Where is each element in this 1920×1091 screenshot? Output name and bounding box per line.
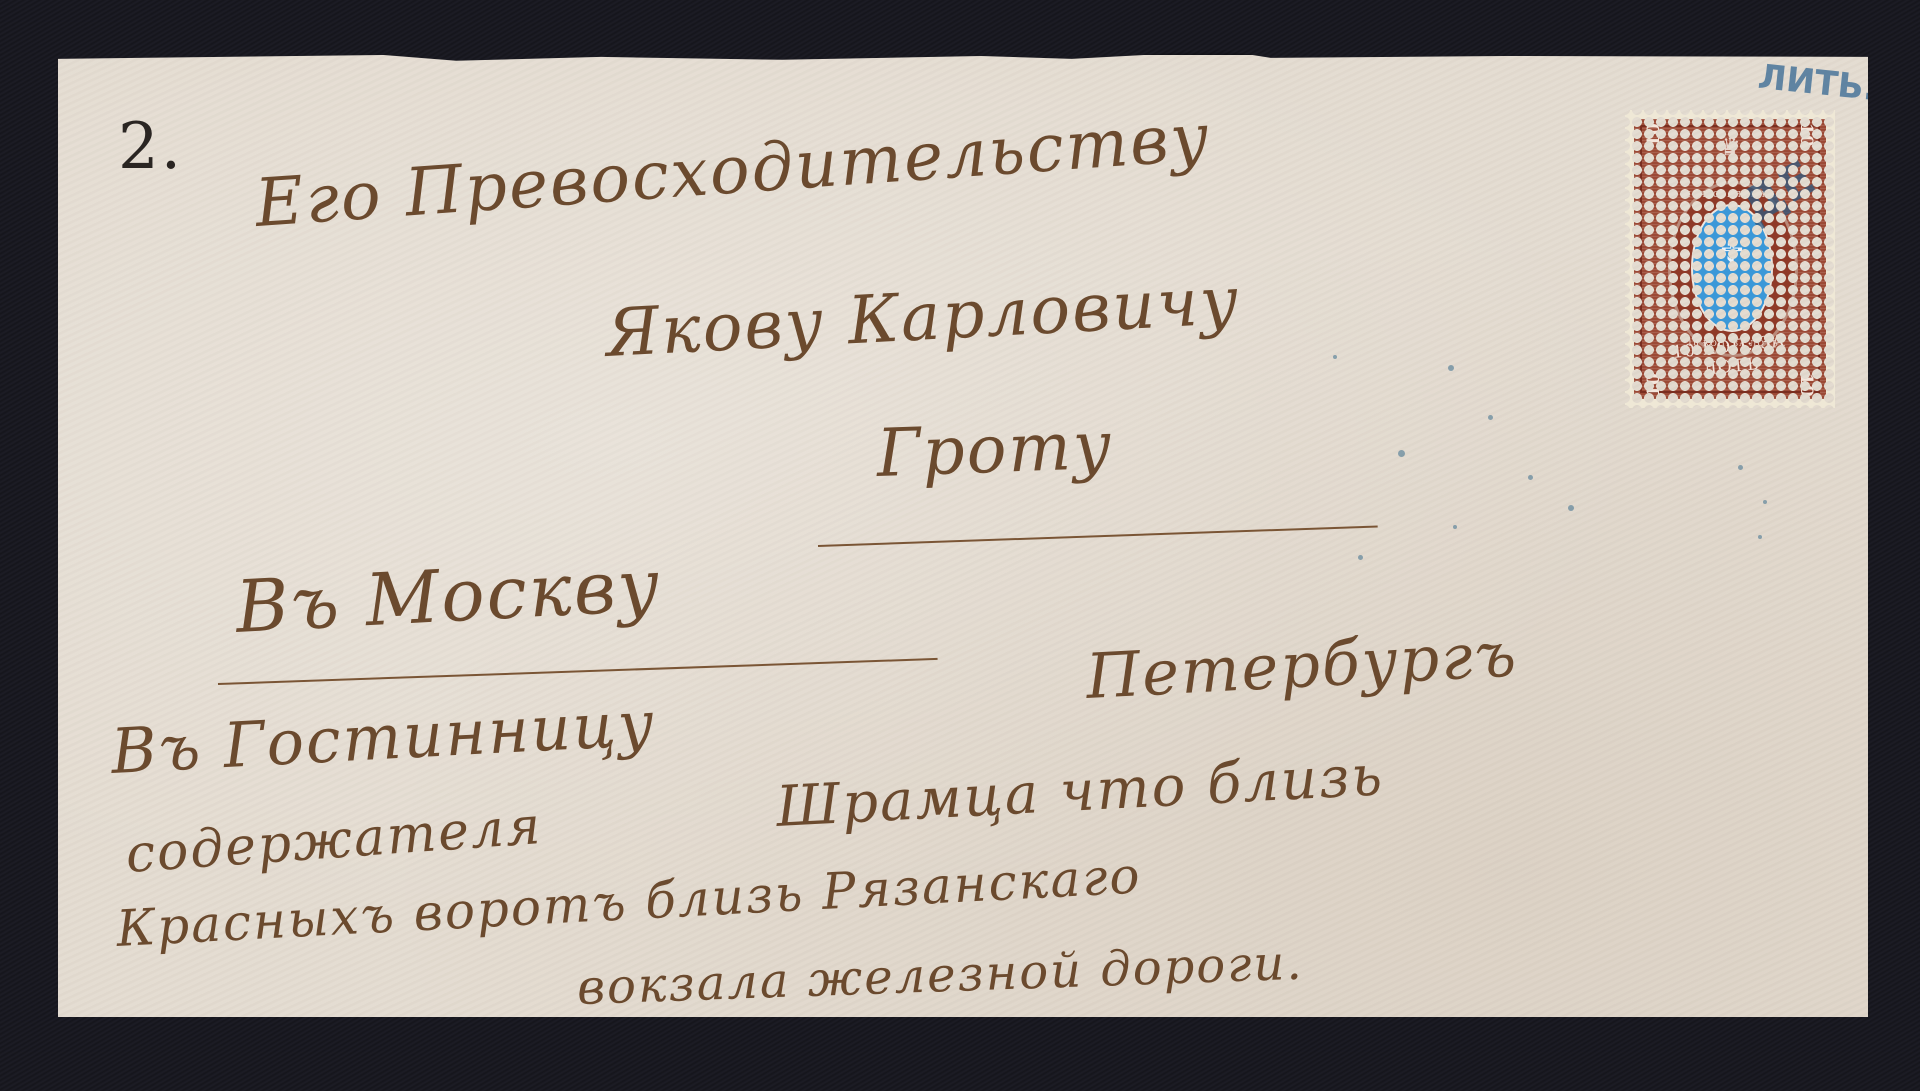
crown-icon: ♛ <box>1711 133 1749 159</box>
postmark-dot <box>1528 475 1533 480</box>
address-line-1: Его Превосходительству <box>253 98 1213 242</box>
postmark-dot <box>1453 525 1457 529</box>
number-mark: 2. <box>118 110 183 184</box>
postmark-dot <box>1738 465 1743 470</box>
postmark-dot <box>1398 450 1405 457</box>
postmark-dot <box>1758 535 1762 539</box>
stamp-corner-value-tr: 10 <box>1796 123 1816 147</box>
address-line-7: содержателя <box>124 796 544 885</box>
postmark-dot <box>1488 415 1493 420</box>
postmark-dot <box>1448 365 1454 371</box>
underline-city <box>218 658 938 685</box>
postage-stamp: 10 10 10 10 ♛ ПОЧТОВАЯ МАРКА ☦ 10 КОП: З… <box>1625 110 1835 408</box>
address-line-3: Гроту <box>875 407 1114 492</box>
address-line-6: Петербургъ <box>1084 617 1519 713</box>
postmark-dot <box>1568 505 1574 511</box>
stamp-corner-value-br: 10 <box>1796 373 1816 397</box>
underline-name <box>818 525 1378 547</box>
postmark-dot <box>1763 500 1767 504</box>
stamp-corner-value-tl: 10 <box>1644 123 1664 147</box>
postmark-dot <box>1358 555 1363 560</box>
postmark-top-fragment: ЛИТЬ. <box>1756 57 1878 109</box>
postmark-dot <box>1333 355 1337 359</box>
address-line-5: Въ Гостинницу <box>109 687 657 788</box>
address-line-city: Въ Москву <box>234 543 664 649</box>
address-line-8: Шрамца что близь <box>775 743 1386 840</box>
double-headed-eagle-icon: ☦ <box>1693 236 1771 278</box>
envelope: 2. Его Превосходительству Якову Карлович… <box>58 55 1868 1017</box>
address-line-10: вокзала железной дороги. <box>576 935 1304 1016</box>
address-line-2: Якову Карловичу <box>604 262 1242 372</box>
